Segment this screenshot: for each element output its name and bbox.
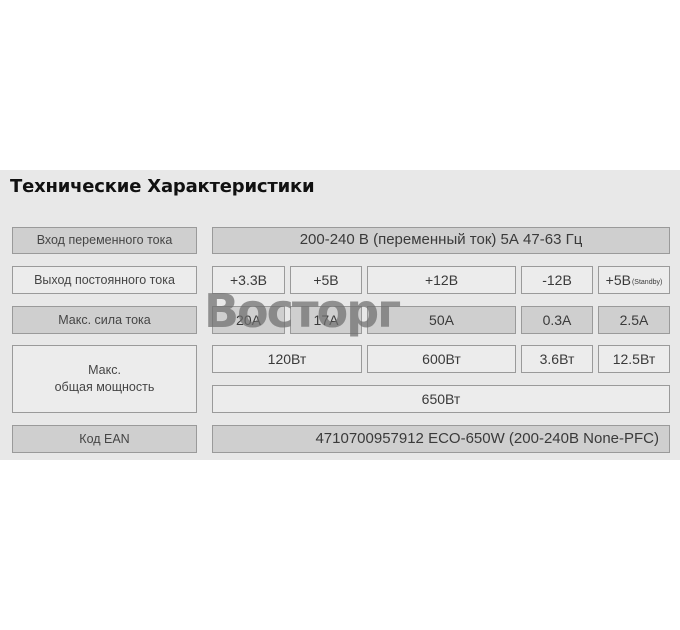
dc-output-label: Выход постоянного тока (12, 266, 197, 294)
rail-5v-standby: +5В(Standby) (598, 266, 670, 294)
rail-5v: +5В (290, 266, 362, 294)
rail-5v-standby-value: +5В (606, 271, 631, 290)
power-5v-standby: 12.5Вт (598, 345, 670, 373)
max-current-label: Макс. сила тока (12, 306, 197, 334)
max-power-label-line2: общая мощность (55, 379, 155, 396)
ac-input-value: 200-240 В (переменный ток) 5А 47-63 Гц (212, 227, 670, 254)
max-power-label: Макс. общая мощность (12, 345, 197, 413)
standby-suffix: (Standby) (632, 278, 662, 287)
max-power-label-line1: Макс. (88, 362, 121, 379)
current-12v: 50А (367, 306, 516, 334)
rail-3v3: +3.3В (212, 266, 285, 294)
power-minus-12v: 3.6Вт (521, 345, 593, 373)
rail-12v: +12В (367, 266, 516, 294)
ean-value: 4710700957912 ECO-650W (200-240B None-PF… (212, 425, 670, 453)
current-5v-standby: 2.5А (598, 306, 670, 334)
spec-title: Технические Характеристики (10, 176, 314, 197)
rail-minus-12v: -12В (521, 266, 593, 294)
ac-input-label: Вход переменного тока (12, 227, 197, 254)
current-minus-12v: 0.3А (521, 306, 593, 334)
power-3v3-5v: 120Вт (212, 345, 362, 373)
current-3v3: 20А (212, 306, 285, 334)
power-total: 650Вт (212, 385, 670, 413)
ean-label: Код EAN (12, 425, 197, 453)
current-5v: 17А (290, 306, 362, 334)
power-12v: 600Вт (367, 345, 516, 373)
